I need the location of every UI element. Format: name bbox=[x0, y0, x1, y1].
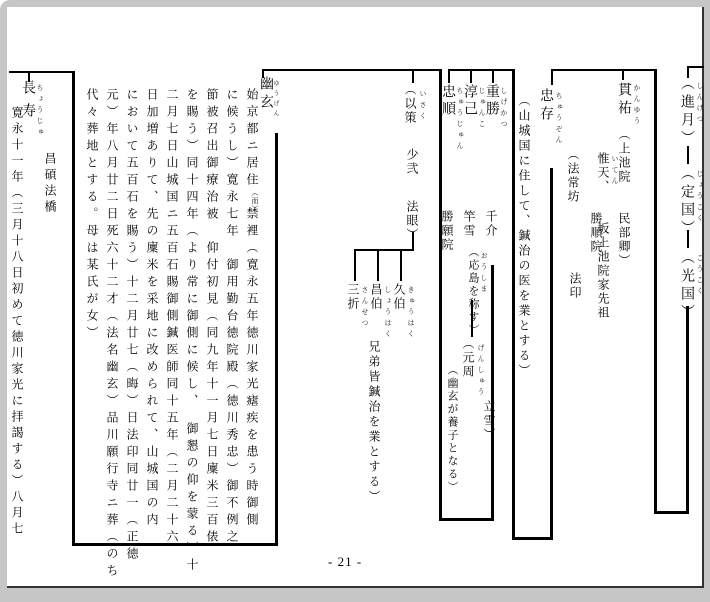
title-shigekatsu: 千介 bbox=[485, 210, 497, 238]
person-name-jokoku: （定国） bbox=[679, 166, 693, 238]
bio-column-5: 二月七日山城国ニ五百石賜御側鍼医師同十五年（二月二十六 bbox=[166, 88, 178, 547]
line-tick-chujun bbox=[448, 69, 450, 83]
person-name-yugen: 幽玄 bbox=[258, 76, 272, 112]
person-name-chujun: 忠順 bbox=[440, 84, 454, 118]
person-name-kanyu: 貫祐 bbox=[616, 82, 630, 118]
person-name-shohaku: 昌伯 bbox=[370, 283, 382, 311]
person-name-genshu: （元周 bbox=[462, 337, 474, 379]
furigana-sansetsu: さんせつ bbox=[361, 286, 368, 330]
line-gen2-bracket bbox=[551, 69, 657, 71]
annotation-kanyu-rank: 民部卿） bbox=[618, 212, 630, 268]
furigana-kyuhaku: きゅうはく bbox=[407, 286, 414, 341]
line-gen4-topline bbox=[262, 69, 441, 71]
furigana-kanyu: かんゆう bbox=[633, 84, 640, 128]
furigana-genshu: げんしゅう bbox=[477, 344, 484, 399]
furigana-iten: いてん bbox=[611, 155, 618, 188]
furigana-choju: ちょうじゅ bbox=[36, 84, 43, 139]
furigana-kokoku: こうこく bbox=[696, 254, 703, 298]
bio-column-3: 節被召出御療治被 仰付初見（同九年十一月七日廩米三百俵 bbox=[206, 88, 218, 547]
line-gen3-wrap-ascent bbox=[512, 69, 515, 540]
line-isaku-children-bracket bbox=[354, 249, 414, 251]
annotation-brothers: 兄弟皆鍼治を業とする） bbox=[368, 340, 380, 505]
line-chuzon-descent bbox=[550, 168, 553, 540]
furigana-isaku: いさく bbox=[419, 90, 426, 123]
annotation-kanyu-temple: （上池院 bbox=[618, 128, 630, 184]
genealogy-document-view: （進月） しんげつ （定国） じょうこく （光国） こうこく 貫祐 かんゆう （… bbox=[0, 0, 710, 602]
title-junko: 竿雪 bbox=[463, 210, 475, 238]
person-name-junko: 淳己 bbox=[462, 84, 476, 118]
furigana-shohaku: しょうはく bbox=[384, 286, 391, 341]
annotation-chuzon-in: 勝順院 bbox=[590, 212, 602, 254]
line-kokoku-descent bbox=[686, 306, 689, 514]
annotation-genshu-adoption: （幽玄が養子となる） bbox=[446, 364, 457, 494]
bio-column-7: において五百石を賜う）十二月廿七（晦）日法印同廿一（正徳 bbox=[126, 88, 138, 564]
line-tick-shigekatsu bbox=[492, 69, 494, 83]
line-gen3-wrap-bottom bbox=[512, 537, 553, 540]
bio-column-8: 元）年八月廿二日死六十二才（法名幽玄）品川願行寺ニ葬（のち bbox=[106, 88, 118, 581]
title-choju: 昌碩法橋 bbox=[44, 152, 56, 216]
line-shingetsu-jokoku bbox=[687, 146, 689, 164]
line-tick-junko bbox=[470, 69, 472, 83]
annotation-kanyu-iten: 惟天、 bbox=[597, 152, 609, 194]
line-gen5-wrap-bottom bbox=[72, 543, 278, 546]
line-gen1-top-bracket bbox=[688, 66, 704, 68]
line-gen4-wrap-bottom bbox=[439, 518, 494, 521]
furigana-jokoku: じょうこく bbox=[696, 170, 703, 225]
line-gen2-wrap-ascent bbox=[654, 69, 657, 514]
line-tick-shohaku bbox=[377, 249, 379, 281]
bio-column-1: 始京都ニ居住 禁裡（寛永五年徳川家光瘧疾を患う時御側 bbox=[246, 88, 258, 530]
title-chujun: 勝願院 bbox=[441, 210, 453, 252]
person-name-shigekatsu: 重勝 bbox=[484, 84, 498, 118]
biography-chuzon: （山城国に住して、鍼治の医を業とする） bbox=[518, 94, 530, 379]
bio-column-4: を賜う）同十四年（より常に御側に候し、 御懇の仰を蒙る）十 bbox=[186, 88, 198, 575]
line-yugen-descent bbox=[275, 133, 278, 546]
annotation-chuzon-hoin: 法印 bbox=[569, 272, 581, 300]
title-isaku: 少弐 bbox=[406, 148, 418, 176]
line-tick-kanyu bbox=[622, 69, 624, 80]
bio-column-9: 代々葬地とする。母は某氏が女） bbox=[86, 88, 98, 343]
bio-column-6: 日加増ありて、先の廩米を采地に改められて、山城国の内 bbox=[146, 88, 158, 530]
furigana-oshima: おうしま bbox=[480, 252, 487, 296]
line-gen5-wrap-ascent bbox=[72, 71, 75, 546]
line-tick-isaku bbox=[412, 69, 414, 83]
bio-choju: 寛永十一年（三月十八日初めて徳川家光に拝謁する）八月七 bbox=[11, 106, 23, 538]
line-gen4-wrap-ascent bbox=[439, 69, 442, 521]
line-jokoku-kokoku bbox=[687, 230, 689, 248]
line-gen2-wrap-bottom bbox=[654, 511, 689, 514]
person-name-isaku: （以策 bbox=[404, 83, 416, 125]
person-name-chuzon: 忠存 bbox=[538, 88, 552, 124]
line-tick-chuzon bbox=[551, 69, 553, 85]
annotation-chuzon-bo: （法常坊 bbox=[567, 148, 579, 204]
person-name-kyuhaku: 久伯 bbox=[393, 283, 405, 311]
furigana-chuzon: ちゅうぞん bbox=[555, 92, 562, 147]
person-name-shingetsu: （進月） bbox=[679, 76, 693, 148]
line-gen5-topline bbox=[9, 71, 74, 73]
line-shigekatsu-genshu bbox=[471, 300, 473, 337]
furigana-shingetsu: しんげつ bbox=[696, 82, 703, 126]
line-tick-kyuhaku bbox=[400, 249, 402, 281]
line-tick-sansetsu bbox=[354, 249, 356, 281]
person-name-sansetsu: 三折 bbox=[347, 283, 359, 311]
line-shigekatsu-descent bbox=[491, 265, 494, 521]
line-gen3-bracket bbox=[448, 69, 514, 71]
page-number: - 21 - bbox=[328, 554, 362, 570]
bio-column-2: に候うし）寛永七年 御用勤台徳院殿（徳川秀忠）御不例之 bbox=[226, 88, 238, 547]
furigana-shigekatsu: しげかつ bbox=[500, 87, 507, 131]
furigana-yugen: ゆうげん bbox=[272, 80, 278, 120]
